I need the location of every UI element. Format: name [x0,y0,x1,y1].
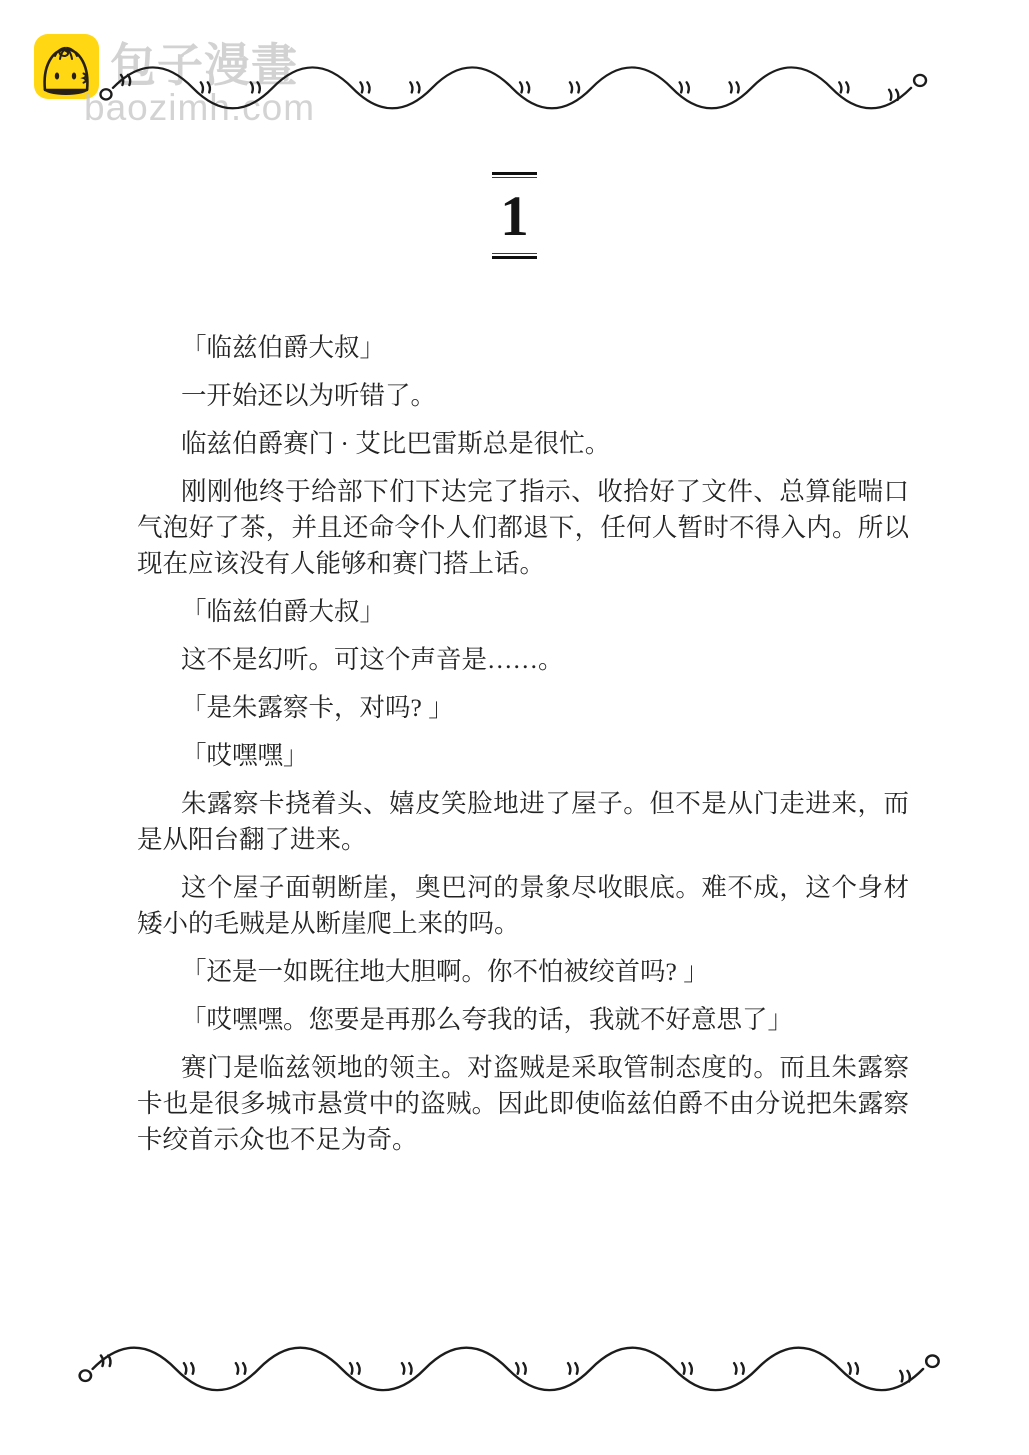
narrative-paragraph: 这不是幻听。可这个声音是……。 [137,642,909,678]
chapter-text: 「临兹伯爵大叔」 一开始还以为听错了。 临兹伯爵赛门 · 艾比巴雷斯总是很忙。 … [137,330,909,1158]
narrative-paragraph: 这个屋子面朝断崖，奥巴河的景象尽收眼底。难不成，这个身材矮小的毛贼是从断崖爬上来… [137,870,909,942]
dialogue-paragraph: 「哎嘿嘿。您要是再那么夸我的话，我就不好意思了」 [137,1002,909,1038]
narrative-paragraph: 一开始还以为听错了。 [137,378,909,414]
dialogue-paragraph: 「临兹伯爵大叔」 [137,330,909,366]
dialogue-paragraph: 「还是一如既往地大胆啊。你不怕被绞首吗? 」 [137,954,909,990]
chapter-rule-top [492,172,537,178]
novel-page: 包子漫畫 baozimh.com 1 [0,0,1029,1455]
narrative-paragraph: 刚刚他终于给部下们下达完了指示、收拾好了文件、总算能喘口气泡好了茶，并且还命令仆… [137,474,909,582]
flourish-border-bottom-icon [76,1340,948,1394]
narrative-paragraph: 赛门是临兹领地的领主。对盗贼是采取管制态度的。而且朱露察卡也是很多城市悬赏中的盗… [137,1050,909,1158]
chapter-number: 1 [0,188,1029,245]
dialogue-paragraph: 「临兹伯爵大叔」 [137,594,909,630]
dialogue-paragraph: 「是朱露察卡，对吗? 」 [137,690,909,726]
chapter-heading: 1 [0,172,1029,259]
chapter-rule-bottom [492,253,537,259]
narrative-paragraph: 朱露察卡挠着头、嬉皮笑脸地进了屋子。但不是从门走进来，而是从阳台翻了进来。 [137,786,909,858]
narrative-paragraph: 临兹伯爵赛门 · 艾比巴雷斯总是很忙。 [137,426,909,462]
dialogue-paragraph: 「哎嘿嘿」 [137,738,909,774]
flourish-border-top-icon [97,60,935,112]
